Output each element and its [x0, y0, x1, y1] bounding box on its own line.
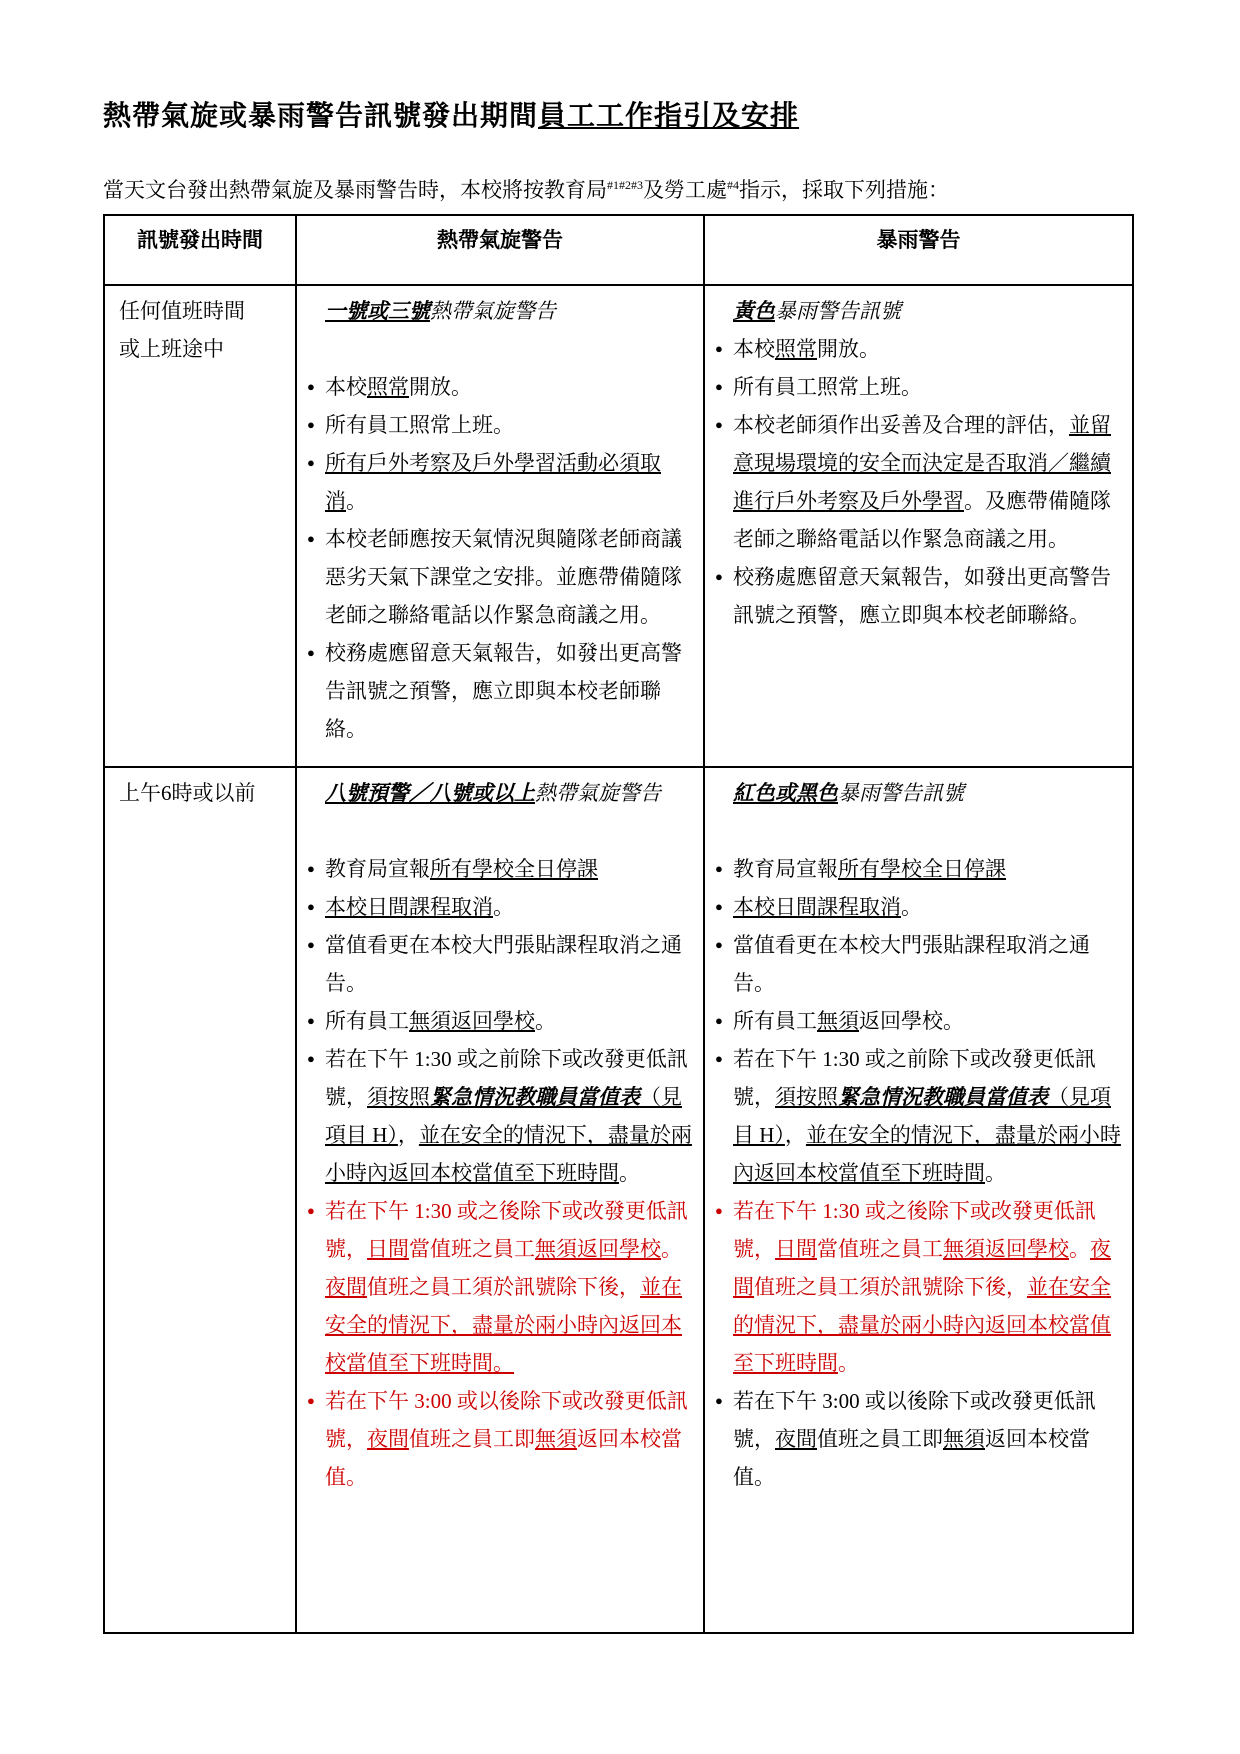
text-segment: 當值看更在本校大門張貼課程取消之通告。 [325, 933, 682, 995]
text-segment: 暴雨警告訊號 [775, 299, 901, 323]
text-segment: 須按照 [775, 1085, 838, 1109]
text-segment: 。 [619, 1161, 640, 1185]
text-segment: ， [785, 1123, 806, 1147]
signal-time-cell: 任何值班時間或上班途中 [104, 285, 296, 767]
text-segment: 當值班之員工 [817, 1237, 943, 1261]
bullet-text: 所有員工照常上班。 [733, 368, 1122, 406]
table-row: 上午6時或以前八號預警／八號或以上熱帶氣旋警告●教育局宣報所有學校全日停課●本校… [104, 767, 1133, 1633]
text-segment: 本校日間課程取消 [733, 895, 901, 919]
text-segment: 所有戶外考察及戶外學習活動必須取消 [325, 451, 661, 513]
bullet-item: ●當值看更在本校大門張貼課程取消之通告。 [715, 926, 1122, 1002]
bullet-text: 當值看更在本校大門張貼課程取消之通告。 [733, 926, 1122, 1002]
text-segment: 一號或三號 [325, 299, 430, 323]
text-segment: 開放。 [817, 337, 880, 361]
bullet-item: ●本校照常開放。 [715, 330, 1122, 368]
bullet-icon: ● [307, 888, 325, 926]
bullet-item: ●所有員工照常上班。 [307, 406, 693, 444]
cell-heading: 紅色或黑色暴雨警告訊號 [715, 774, 1122, 812]
bullet-text: 若在下午 1:30 或之後除下或改發更低訊號，日間當值班之員工無須返回學校。夜間… [325, 1192, 693, 1382]
text-segment: 紅色或黑色 [733, 781, 838, 805]
bullet-text: 若在下午 3:00 或以後除下或改發更低訊號，夜間值班之員工即無須返回本校當值。 [325, 1382, 693, 1496]
intro-text: 當天文台發出熱帶氣旋及暴雨警告時，本校將按教育局#1#2#3及勞工處#4指示，採… [103, 174, 1140, 204]
text-segment: 所有員工 [325, 1009, 409, 1033]
bullet-item: ●教育局宣報所有學校全日停課 [307, 850, 693, 888]
bullet-text: 所有戶外考察及戶外學習活動必須取消。 [325, 444, 693, 520]
bullet-text: 所有員工無須返回學校。 [325, 1002, 693, 1040]
table-row: 任何值班時間或上班途中一號或三號熱帶氣旋警告●本校照常開放。●所有員工照常上班。… [104, 285, 1133, 767]
text-segment: 教育局宣報 [733, 857, 838, 881]
cell-tc-warning-anytime: 一號或三號熱帶氣旋警告●本校照常開放。●所有員工照常上班。●所有戶外考察及戶外學… [296, 285, 704, 767]
bullet-item: ●本校日間課程取消。 [715, 888, 1122, 926]
bullet-icon: ● [307, 850, 325, 888]
intro-part1: 當天文台發出熱帶氣旋及暴雨警告時，本校將按教育局 [103, 178, 607, 202]
text-segment: 。 [535, 1009, 556, 1033]
bullet-item: ●當值看更在本校大門張貼課程取消之通告。 [307, 926, 693, 1002]
bullet-icon: ● [715, 926, 733, 1002]
text-segment: 返回學校。 [859, 1009, 964, 1033]
text-segment: 值班之員工即 [817, 1427, 943, 1451]
text-segment: 本校 [733, 337, 775, 361]
text-segment: 照常 [775, 337, 817, 361]
cell-rain-warning-before-6am: 紅色或黑色暴雨警告訊號●教育局宣報所有學校全日停課●本校日間課程取消。●當值看更… [704, 767, 1133, 1633]
text-segment: 緊急情況教職員當值表 [838, 1085, 1048, 1109]
text-segment: 校務處應留意天氣報告，如發出更高警告訊號之預警，應立即與本校老師聯絡。 [733, 565, 1111, 627]
bullet-item: ●若在下午 1:30 或之前除下或改發更低訊號，須按照緊急情況教職員當值表（見項… [715, 1040, 1122, 1192]
bullet-icon: ● [715, 406, 733, 558]
bullet-icon: ● [715, 850, 733, 888]
bullet-item: ●所有員工無須返回學校。 [307, 1002, 693, 1040]
bullet-text: 校務處應留意天氣報告，如發出更高警告訊號之預警，應立即與本校老師聯絡。 [733, 558, 1122, 634]
bullet-item: ●若在下午 3:00 或以後除下或改發更低訊號，夜間值班之員工即無須返回本校當值… [715, 1382, 1122, 1496]
intro-part2: 及勞工處 [643, 178, 727, 202]
text-segment: 無須 [535, 1427, 577, 1451]
text-segment: 。 [985, 1161, 1006, 1185]
text-segment: 所有員工 [733, 1009, 817, 1033]
cell-rain-warning-anytime: 黃色暴雨警告訊號●本校照常開放。●所有員工照常上班。●本校老師須作出妥善及合理的… [704, 285, 1133, 767]
document: 熱帶氣旋或暴雨警告訊號發出期間員工工作指引及安排 當天文台發出熱帶氣旋及暴雨警告… [0, 0, 1240, 1634]
text-segment: 所有員工照常上班。 [733, 375, 922, 399]
bullet-icon: ● [715, 1002, 733, 1040]
bullet-text: 若在下午 3:00 或以後除下或改發更低訊號，夜間值班之員工即無須返回本校當值。 [733, 1382, 1122, 1496]
text-segment: 暴雨警告訊號 [838, 781, 964, 805]
text-segment: 熱帶氣旋警告 [535, 781, 661, 805]
bullet-icon: ● [715, 1192, 733, 1382]
bullet-text: 所有員工無須返回學校。 [733, 1002, 1122, 1040]
bullet-text: 當值看更在本校大門張貼課程取消之通告。 [325, 926, 693, 1002]
bullet-item: ●教育局宣報所有學校全日停課 [715, 850, 1122, 888]
bullet-text: 校務處應留意天氣報告，如發出更高警告訊號之預警，應立即與本校老師聯絡。 [325, 634, 693, 748]
cell-heading: 黃色暴雨警告訊號 [715, 292, 1122, 330]
bullet-icon: ● [715, 558, 733, 634]
text-segment: 開放。 [409, 375, 472, 399]
guidelines-table: 訊號發出時間 熱帶氣旋警告 暴雨警告 任何值班時間或上班途中一號或三號熱帶氣旋警… [103, 214, 1134, 1634]
text-segment: 校務處應留意天氣報告，如發出更高警告訊號之預警，應立即與本校老師聯絡。 [325, 641, 682, 741]
text-segment: 無須返回學校 [409, 1009, 535, 1033]
bullet-icon: ● [307, 926, 325, 1002]
bullet-icon: ● [307, 1382, 325, 1496]
bullet-text: 本校照常開放。 [325, 368, 693, 406]
table-header-row: 訊號發出時間 熱帶氣旋警告 暴雨警告 [104, 215, 1133, 285]
bullet-item: ●若在下午 1:30 或之後除下或改發更低訊號，日間當值班之員工無須返回學校。夜… [715, 1192, 1122, 1382]
text-segment: 。 [901, 895, 922, 919]
cell-heading: 八號預警／八號或以上熱帶氣旋警告 [307, 774, 693, 812]
text-segment: 。 [661, 1237, 682, 1261]
text-segment: 值班之員工須於訊號除下後， [754, 1275, 1027, 1299]
text-segment: 無須 [817, 1009, 859, 1033]
text-segment: 夜間 [325, 1275, 367, 1299]
intro-part3: 指示，採取下列措施： [739, 178, 949, 202]
bullet-item: ●若在下午 1:30 或之後除下或改發更低訊號，日間當值班之員工無須返回學校。夜… [307, 1192, 693, 1382]
bullet-text: 本校照常開放。 [733, 330, 1122, 368]
text-segment: 無須返回學校 [943, 1237, 1069, 1261]
bullet-icon: ● [307, 1040, 325, 1192]
bullet-item: ●若在下午 1:30 或之前除下或改發更低訊號，須按照緊急情況教職員當值表（見項… [307, 1040, 693, 1192]
bullet-text: 若在下午 1:30 或之前除下或改發更低訊號，須按照緊急情況教職員當值表（見項目… [733, 1040, 1122, 1192]
text-segment: 教育局宣報 [325, 857, 430, 881]
text-segment: 照常 [367, 375, 409, 399]
bullet-item: ●本校老師應按天氣情況與隨隊老師商議惡劣天氣下課堂之安排。並應帶備隨隊老師之聯絡… [307, 520, 693, 634]
bullet-item: ●本校日間課程取消。 [307, 888, 693, 926]
text-segment: 須按照 [367, 1085, 430, 1109]
bullet-item: ●校務處應留意天氣報告，如發出更高警告訊號之預警，應立即與本校老師聯絡。 [307, 634, 693, 748]
text-segment: 當值看更在本校大門張貼課程取消之通告。 [733, 933, 1090, 995]
text-segment: 當值班之員工 [409, 1237, 535, 1261]
text-segment: 值班之員工須於訊號除下後， [367, 1275, 640, 1299]
text-segment: 本校老師應按天氣情況與隨隊老師商議惡劣天氣下課堂之安排。並應帶備隨隊老師之聯絡電… [325, 527, 682, 627]
text-segment: 無須 [943, 1427, 985, 1451]
text-segment: 無須返回學校 [535, 1237, 661, 1261]
bullet-text: 若在下午 1:30 或之前除下或改發更低訊號，須按照緊急情況教職員當值表（見項目… [325, 1040, 693, 1192]
text-segment: 所有學校全日停課 [430, 857, 598, 881]
bullet-icon: ● [307, 634, 325, 748]
signal-time-cell: 上午6時或以前 [104, 767, 296, 1633]
text-segment: 日間 [367, 1237, 409, 1261]
text-segment: 。 [838, 1351, 859, 1375]
bullet-item: ●本校老師須作出妥善及合理的評估，並留意現場環境的安全而決定是否取消／繼續進行戶… [715, 406, 1122, 558]
bullet-text: 教育局宣報所有學校全日停課 [325, 850, 693, 888]
bullet-item: ●所有員工無須返回學校。 [715, 1002, 1122, 1040]
bullet-text: 本校日間課程取消。 [325, 888, 693, 926]
text-segment: 八號預警／八號或以上 [325, 781, 535, 805]
bullet-text: 教育局宣報所有學校全日停課 [733, 850, 1122, 888]
bullet-item: ●若在下午 3:00 或以後除下或改發更低訊號，夜間值班之員工即無須返回本校當值… [307, 1382, 693, 1496]
bullet-text: 本校老師須作出妥善及合理的評估，並留意現場環境的安全而決定是否取消／繼續進行戶外… [733, 406, 1122, 558]
text-segment: ， [398, 1123, 419, 1147]
text-segment: 。 [1069, 1237, 1090, 1261]
text-segment: 本校 [325, 375, 367, 399]
page: { "colors": {"text": "#000000", "red_tex… [0, 0, 1240, 1754]
bullet-icon: ● [715, 1382, 733, 1496]
title-normal-part: 熱帶氣旋或暴雨警告訊號發出期間 [103, 101, 538, 132]
bullet-icon: ● [715, 1040, 733, 1192]
title-underlined-part: 員工工作指引及安排 [538, 101, 799, 132]
bullet-item: ●本校照常開放。 [307, 368, 693, 406]
text-segment: 夜間 [367, 1427, 409, 1451]
text-segment: 本校日間課程取消 [325, 895, 493, 919]
bullet-icon: ● [307, 444, 325, 520]
bullet-icon: ● [307, 1192, 325, 1382]
text-segment: 。 [346, 489, 367, 513]
text-segment: 日間 [775, 1237, 817, 1261]
bullet-icon: ● [307, 1002, 325, 1040]
bullet-icon: ● [307, 520, 325, 634]
text-segment: 。 [493, 895, 514, 919]
text-segment: 值班之員工即 [409, 1427, 535, 1451]
bullet-text: 所有員工照常上班。 [325, 406, 693, 444]
bullet-icon: ● [715, 888, 733, 926]
bullet-text: 若在下午 1:30 或之後除下或改發更低訊號，日間當值班之員工無須返回學校。夜間… [733, 1192, 1122, 1382]
text-segment: 夜間 [775, 1427, 817, 1451]
header-tropical-cyclone: 熱帶氣旋警告 [296, 215, 704, 285]
page-title: 熱帶氣旋或暴雨警告訊號發出期間員工工作指引及安排 [103, 94, 1140, 134]
bullet-item: ●校務處應留意天氣報告，如發出更高警告訊號之預警，應立即與本校老師聯絡。 [715, 558, 1122, 634]
bullet-item: ●所有戶外考察及戶外學習活動必須取消。 [307, 444, 693, 520]
bullet-text: 本校日間課程取消。 [733, 888, 1122, 926]
header-rainstorm: 暴雨警告 [704, 215, 1133, 285]
bullet-text: 本校老師應按天氣情況與隨隊老師商議惡劣天氣下課堂之安排。並應帶備隨隊老師之聯絡電… [325, 520, 693, 634]
text-segment: 本校老師須作出妥善及合理的評估， [733, 413, 1069, 437]
bullet-item: ●所有員工照常上班。 [715, 368, 1122, 406]
header-signal-time: 訊號發出時間 [104, 215, 296, 285]
cell-tc-warning-before-6am: 八號預警／八號或以上熱帶氣旋警告●教育局宣報所有學校全日停課●本校日間課程取消。… [296, 767, 704, 1633]
cell-heading: 一號或三號熱帶氣旋警告 [307, 292, 693, 330]
text-segment: 緊急情況教職員當值表 [430, 1085, 640, 1109]
bullet-icon: ● [307, 368, 325, 406]
footnote-ref-labour-dept: #4 [727, 178, 739, 192]
text-segment: 黃色 [733, 299, 775, 323]
bullet-icon: ● [715, 368, 733, 406]
text-segment: 熱帶氣旋警告 [430, 299, 556, 323]
text-segment: 所有員工照常上班。 [325, 413, 514, 437]
text-segment: 所有學校全日停課 [838, 857, 1006, 881]
bullet-icon: ● [715, 330, 733, 368]
footnote-ref-edb: #1#2#3 [607, 178, 643, 192]
bullet-icon: ● [307, 406, 325, 444]
